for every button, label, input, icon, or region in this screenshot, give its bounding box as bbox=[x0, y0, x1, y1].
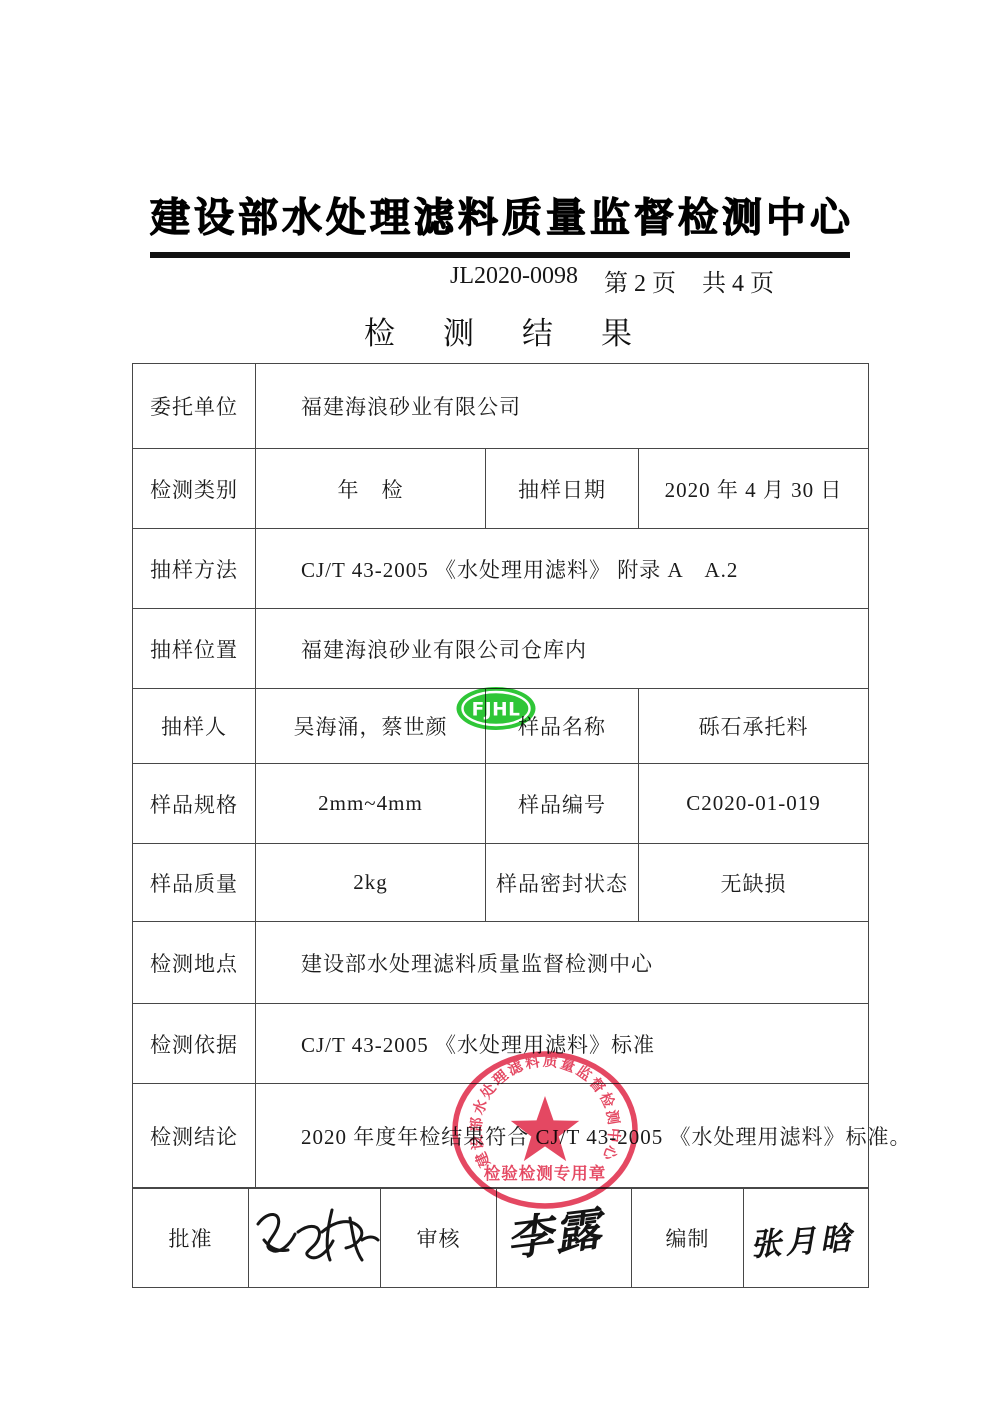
sample-no-label: 样品编号 bbox=[486, 764, 639, 844]
sample-spec-value: 2mm~4mm bbox=[256, 764, 486, 844]
title-rule bbox=[150, 252, 850, 258]
conclusion-value: 2020 年度年检结果符合 CJ/T 43-2005 《水处理用滤料》标准。 bbox=[256, 1084, 869, 1189]
sampler-value: 吴海涌，蔡世颜 bbox=[256, 689, 486, 764]
review-signature-cell bbox=[497, 1188, 632, 1288]
table-row: 抽样人 吴海涌，蔡世颜 样品名称 砾石承托料 bbox=[133, 689, 869, 764]
sampler-label: 抽样人 bbox=[133, 689, 256, 764]
test-type-label: 检测类别 bbox=[133, 449, 256, 529]
doc-title: 检测结果 bbox=[0, 308, 1000, 353]
table-row: 检测依据 CJ/T 43-2005 《水处理用滤料》标准 bbox=[133, 1004, 869, 1084]
table-row: 委托单位 福建海浪砂业有限公司 bbox=[133, 364, 869, 449]
sample-seal-value: 无缺损 bbox=[639, 844, 869, 922]
table-row: 批准 审核 编制 bbox=[133, 1188, 869, 1288]
sampling-date-label: 抽样日期 bbox=[486, 449, 639, 529]
table-row: 检测结论 2020 年度年检结果符合 CJ/T 43-2005 《水处理用滤料》… bbox=[133, 1084, 869, 1189]
sampling-location-label: 抽样位置 bbox=[133, 609, 256, 689]
sampling-location-value: 福建海浪砂业有限公司仓库内 bbox=[256, 609, 869, 689]
sample-name-label: 样品名称 bbox=[486, 689, 639, 764]
test-type-value: 年 检 bbox=[256, 449, 486, 529]
sampling-date-value: 2020 年 4 月 30 日 bbox=[639, 449, 869, 529]
table-row: 检测类别 年 检 抽样日期 2020 年 4 月 30 日 bbox=[133, 449, 869, 529]
approve-signature-cell bbox=[249, 1188, 381, 1288]
sample-seal-label: 样品密封状态 bbox=[486, 844, 639, 922]
page-current: 第 2 页 bbox=[604, 263, 676, 298]
table-row: 抽样位置 福建海浪砂业有限公司仓库内 bbox=[133, 609, 869, 689]
org-title: 建设部水处理滤料质量监督检测中心 bbox=[0, 186, 1000, 243]
test-place-value: 建设部水处理滤料质量监督检测中心 bbox=[256, 922, 869, 1004]
sample-name-value: 砾石承托料 bbox=[639, 689, 869, 764]
sample-mass-label: 样品质量 bbox=[133, 844, 256, 922]
test-basis-label: 检测依据 bbox=[133, 1004, 256, 1084]
report-number: JL2020-0098 bbox=[450, 263, 578, 298]
approve-label: 批准 bbox=[133, 1188, 249, 1288]
client-value: 福建海浪砂业有限公司 bbox=[256, 364, 869, 449]
sampling-method-label: 抽样方法 bbox=[133, 529, 256, 609]
table-row: 抽样方法 CJ/T 43-2005 《水处理用滤料》 附录 A A.2 bbox=[133, 529, 869, 609]
sample-mass-value: 2kg bbox=[256, 844, 486, 922]
sample-no-value: C2020-01-019 bbox=[639, 764, 869, 844]
conclusion-label: 检测结论 bbox=[133, 1084, 256, 1189]
client-label: 委托单位 bbox=[133, 364, 256, 449]
sample-spec-label: 样品规格 bbox=[133, 764, 256, 844]
prepare-signature-cell bbox=[744, 1188, 869, 1288]
sampling-method-value: CJ/T 43-2005 《水处理用滤料》 附录 A A.2 bbox=[256, 529, 869, 609]
table-row: 检测地点 建设部水处理滤料质量监督检测中心 bbox=[133, 922, 869, 1004]
prepare-label: 编制 bbox=[632, 1188, 744, 1288]
report-page: 建设部水处理滤料质量监督检测中心 JL2020-0098 第 2 页 共 4 页… bbox=[0, 0, 1000, 1414]
page-total: 共 4 页 bbox=[702, 263, 774, 298]
table-row: 样品质量 2kg 样品密封状态 无缺损 bbox=[133, 844, 869, 922]
table-row: 样品规格 2mm~4mm 样品编号 C2020-01-019 bbox=[133, 764, 869, 844]
test-basis-value: CJ/T 43-2005 《水处理用滤料》标准 bbox=[256, 1004, 869, 1084]
approval-row: 批准 审核 编制 bbox=[132, 1187, 869, 1288]
review-label: 审核 bbox=[381, 1188, 497, 1288]
doc-meta-line: JL2020-0098 第 2 页 共 4 页 bbox=[450, 263, 774, 298]
report-table: 委托单位 福建海浪砂业有限公司 检测类别 年 检 抽样日期 2020 年 4 月… bbox=[132, 363, 869, 1189]
test-place-label: 检测地点 bbox=[133, 922, 256, 1004]
